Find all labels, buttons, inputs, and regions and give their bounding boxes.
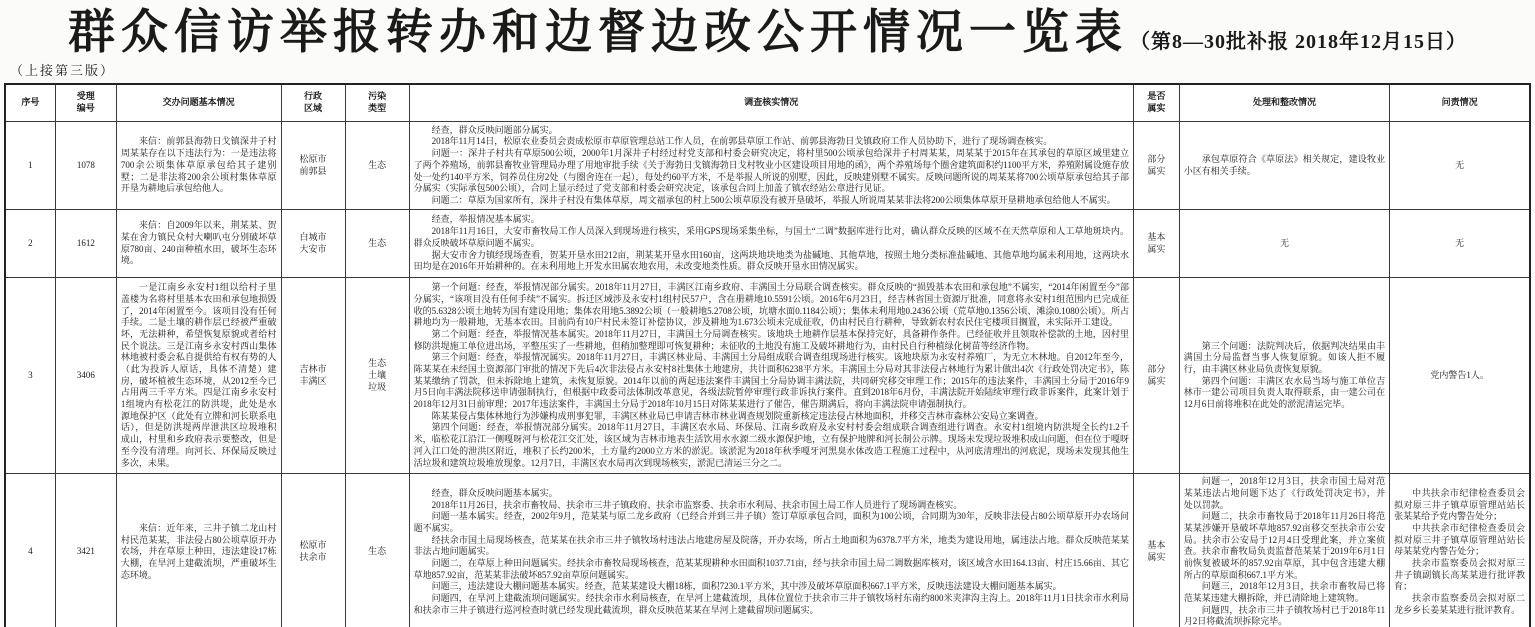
case-no-cell: 1078 <box>55 122 116 210</box>
case-no-cell: 3421 <box>55 474 116 627</box>
header-verification: 调查核实情况 <box>409 84 1133 122</box>
page-title: 群众信访举报转办和边督边改公开情况一览表 <box>68 6 1128 58</box>
verification-cell-paragraph: 问题一基本属实。经查，2002年9月，范某某与原二龙乡政府（已经合并到三井子镇）… <box>414 511 1129 534</box>
seq-cell: 4 <box>5 474 55 627</box>
continuation-note: （上接第三版） <box>0 58 1535 83</box>
rectification-cell: 无 <box>1179 210 1389 278</box>
is-true-cell: 基本 属实 <box>1133 210 1179 278</box>
rectification-cell-paragraph: 第三个问题：法院判决后，依据判决结果由丰满国土分局监督当事人恢复原貌。如该人拒不… <box>1184 341 1385 376</box>
verification-cell-paragraph: 第四个问题：经查，举报情况部分属实。2018年11月27日，丰满区农水局、环保局… <box>414 422 1129 469</box>
verification-cell: 经查，群众反映问题部分属实。2018年11月14日，松原农业委员会责成松原市草原… <box>409 122 1133 210</box>
accountability-cell: 无 <box>1390 122 1530 210</box>
verification-cell-paragraph: 经查，群众反映问题部分属实。 <box>414 125 1129 137</box>
problem-cell-paragraph: 来信：前郭县海勃日戈镇深井子村周某某存在以下违法行为：一是违法将700余公顷集体… <box>121 136 277 194</box>
verification-cell-paragraph: 第二个问题：经查，举报情况基本属实。2018年11月27日，丰满国土分局调查核实… <box>414 329 1129 352</box>
is-true-cell: 部分 属实 <box>1133 278 1179 474</box>
verification-cell: 经查，群众反映问题基本属实。2018年11月26日，扶余市畜牧局、扶余市三井子镇… <box>409 474 1133 627</box>
verification-cell-paragraph: 问题二，在草原上种田问题属实。经扶余市畜牧局现场核查，范某某现耕种水田面积103… <box>414 558 1129 581</box>
rectification-cell: 问题一，2018年12月3日，扶余市国土局对范某某违法占地问题下达了《行政处罚决… <box>1179 474 1389 627</box>
verification-cell-paragraph: 2018年11月14日，松原农业委员会责成松原市草原管理总站工作人员，在前郭县草… <box>414 136 1129 148</box>
rectification-cell-paragraph: 问题一，2018年12月3日，扶余市国土局对范某某违法占地问题下达了《行政处罚决… <box>1184 476 1385 511</box>
header-pollution-type: 污染 类型 <box>345 84 409 122</box>
header-seq: 序号 <box>5 84 55 122</box>
region-cell: 松原市 扶余市 <box>281 474 345 627</box>
verification-cell-paragraph: 2018年11月16日，大安市畜牧局工作人员深入到现场进行核实，采用GPS现场采… <box>414 226 1129 249</box>
header-row: 序号 受理 编号 交办问题基本情况 行政 区域 污染 类型 调查核实情况 是否 … <box>5 84 1530 122</box>
table-row: 33406一是江南乡永安村1组以给村子里盖楼为名将村里基本农田和承包地损毁了，2… <box>5 278 1530 474</box>
region-cell: 松原市 前郭县 <box>281 122 345 210</box>
verification-cell-paragraph: 据大安市舍力镇经现场查看，贺某开垦水田212亩，荆某某开垦水田160亩，这两块地… <box>414 250 1129 273</box>
accountability-cell: 党内警告1人。 <box>1390 278 1530 474</box>
accountability-cell: 中共扶余市纪律检查委员会拟对原三井子镇草原管理站站长张某某给予党内警告处分；中共… <box>1390 474 1530 627</box>
problem-cell: 来信：自2009年以来，荆某某、贺某在舍力镇民众村大喇叭屯分别破坏草原780亩、… <box>116 210 281 278</box>
header-is-true: 是否 属实 <box>1133 84 1179 122</box>
problem-cell-paragraph: 来信：近年来，三井子镇二龙山村村民范某某，非法侵占80公顷草原开办农场，并在草原… <box>121 523 277 581</box>
header-rectification: 处理和整改情况 <box>1179 84 1389 122</box>
problem-cell: 一是江南乡永安村1组以给村子里盖楼为名将村里基本农田和承包地损毁了，2014年闲… <box>116 278 281 474</box>
seq-cell: 3 <box>5 278 55 474</box>
verification-cell-paragraph: 第一个问题：经查，举报情况部分属实。2018年11月27日，丰满区江南乡政府、丰… <box>414 282 1129 329</box>
seq-cell: 1 <box>5 122 55 210</box>
case-no-cell: 1612 <box>55 210 116 278</box>
problem-cell: 来信：近年来，三井子镇二龙山村村民范某某，非法侵占80公顷草原开办农场，并在草原… <box>116 474 281 627</box>
verification-cell-paragraph: 经查，举报情况基本属实。 <box>414 214 1129 226</box>
region-cell: 白城市 大安市 <box>281 210 345 278</box>
verification-cell-paragraph: 经扶余市国土局现场核查，范某某在扶余市三井子镇牧场村违法占地建房屋及院落，开办农… <box>414 535 1129 558</box>
accountability-cell-paragraph: 中共扶余市纪律检查委员会拟对原三井子镇草原管理站站长张某某给予党内警告处分； <box>1394 488 1525 523</box>
header-problem: 交办问题基本情况 <box>116 84 281 122</box>
verification-cell-paragraph: 问题一：深井子村共有草原500公顷，2000年1月深井子村经过村党支部和村委会研… <box>414 148 1129 195</box>
rectification-cell-paragraph: 问题三，2018年12月3日，扶余市畜牧局已将范某某违建大棚拆除，并已清除地上建… <box>1184 581 1385 604</box>
region-cell: 吉林市 丰满区 <box>281 278 345 474</box>
header-case-no: 受理 编号 <box>55 84 116 122</box>
rectification-cell-paragraph: 第四个问题：丰满区农水局当场与施工单位吉林市一建公司项目负责人取得联系，由一建公… <box>1184 376 1385 411</box>
header-region: 行政 区域 <box>281 84 345 122</box>
problem-cell: 来信：前郭县海勃日戈镇深井子村周某某存在以下违法行为：一是违法将700余公顷集体… <box>116 122 281 210</box>
verification-cell-paragraph: 2018年11月26日，扶余市畜牧局、扶余市三井子镇政府、扶余市监察委、扶余市水… <box>414 500 1129 512</box>
problem-cell-paragraph: 一是江南乡永安村1组以给村子里盖楼为名将村里基本农田和承包地损毁了，2014年闲… <box>121 282 277 469</box>
masthead: 群众信访举报转办和边督边改公开情况一览表 （第8—30批补报 2018年12月1… <box>0 0 1535 58</box>
rectification-cell: 承包草原符合《草原法》相关规定，建设牧业小区有相关手续。 <box>1179 122 1389 210</box>
verification-cell-paragraph: 陈某某侵占集体林地行为涉嫌构成刑事犯罪，丰满区林业局已申请吉林市林业调查规划院重… <box>414 411 1129 423</box>
verification-cell-paragraph: 问题三，违法建设大棚问题基本属实。经查，范某某建设大棚18栋，面积7230.1平… <box>414 581 1129 593</box>
pollution-type-cell: 生态 <box>345 474 409 627</box>
accountability-cell: 无 <box>1390 210 1530 278</box>
table-row: 11078来信：前郭县海勃日戈镇深井子村周某某存在以下违法行为：一是违法将700… <box>5 122 1530 210</box>
accountability-cell-paragraph: 扶余市监察委员会拟对原二龙乡乡长姜某某进行批评教育。 <box>1394 593 1525 616</box>
table-row: 43421来信：近年来，三井子镇二龙山村村民范某某，非法侵占80公顷草原开办农场… <box>5 474 1530 627</box>
is-true-cell: 部分 属实 <box>1133 122 1179 210</box>
rectification-cell-paragraph: 承包草原符合《草原法》相关规定，建设牧业小区有相关手续。 <box>1184 154 1385 177</box>
rectification-cell-paragraph: 问题四，扶余市三井子镇牧场村已于2018年11月2日将截流坝拆除完毕。 <box>1184 605 1385 627</box>
rectification-cell-paragraph: 问题二，扶余市畜牧局于2018年11月26日将范某某涉嫌开垦破坏草地857.92… <box>1184 511 1385 581</box>
table-row: 21612来信：自2009年以来，荆某某、贺某在舍力镇民众村大喇叭屯分别破坏草原… <box>5 210 1530 278</box>
verification-cell-paragraph: 问题二：草原为国家所有，深井子村没有集体草原，周文福承包的村上500公顷草原没有… <box>414 195 1129 207</box>
table-body: 11078来信：前郭县海勃日戈镇深井子村周某某存在以下违法行为：一是违法将700… <box>5 122 1530 627</box>
pollution-type-cell: 生态 土壤 垃圾 <box>345 278 409 474</box>
rectification-cell: 第三个问题：法院判决后，依据判决结果由丰满国土分局监督当事人恢复原貌。如该人拒不… <box>1179 278 1389 474</box>
header-accountability: 问责情况 <box>1390 84 1530 122</box>
report-table: 序号 受理 编号 交办问题基本情况 行政 区域 污染 类型 调查核实情况 是否 … <box>4 83 1531 627</box>
case-no-cell: 3406 <box>55 278 116 474</box>
seq-cell: 2 <box>5 210 55 278</box>
pollution-type-cell: 生态 <box>345 210 409 278</box>
verification-cell: 第一个问题：经查，举报情况部分属实。2018年11月27日，丰满区江南乡政府、丰… <box>409 278 1133 474</box>
verification-cell-paragraph: 第三个问题：经查，举报情况属实。2018年11月27日，丰满区林业局、丰满国土分… <box>414 352 1129 410</box>
is-true-cell: 基本 属实 <box>1133 474 1179 627</box>
verification-cell-paragraph: 经查，群众反映问题基本属实。 <box>414 488 1129 500</box>
verification-cell-paragraph: 问题四，在旱河上建截流坝问题属实。经扶余市水利局核查，在旱河上建截流坝，具体位置… <box>414 593 1129 616</box>
pollution-type-cell: 生态 <box>345 122 409 210</box>
problem-cell-paragraph: 来信：自2009年以来，荆某某、贺某在舍力镇民众村大喇叭屯分别破坏草原780亩、… <box>121 220 277 267</box>
accountability-cell-paragraph: 中共扶余市纪律检查委员会拟对原三井子镇草原管理站站长母某某党内警告处分； <box>1394 523 1525 558</box>
verification-cell: 经查，举报情况基本属实。2018年11月16日，大安市畜牧局工作人员深入到现场进… <box>409 210 1133 278</box>
title-suffix: （第8—30批补报 2018年12月15日） <box>1130 25 1467 54</box>
accountability-cell-paragraph: 扶余市监察委员会拟对原三井子镇副镇长高某某进行批评教育； <box>1394 558 1525 593</box>
